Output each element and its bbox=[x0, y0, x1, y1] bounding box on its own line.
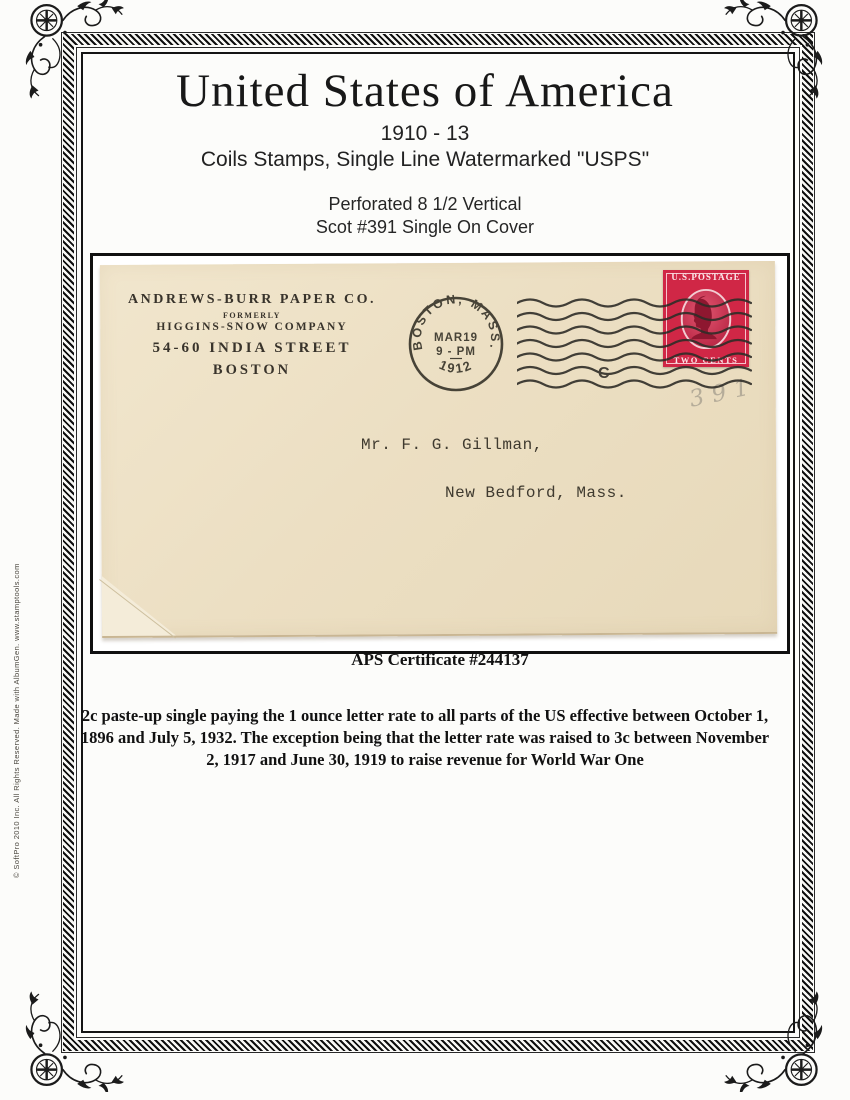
stamp-top-text: U.S.POSTAGE bbox=[663, 272, 749, 282]
description-paragraph: 2c paste-up single paying the 1 ounce le… bbox=[75, 705, 775, 770]
corner-card-previous-name: HIGGINS-SNOW COMPANY bbox=[109, 321, 395, 333]
page-title: United States of America bbox=[0, 64, 850, 118]
corner-card-formerly: FORMERLY bbox=[109, 311, 395, 320]
album-page: United States of America 1910 - 13 Coils… bbox=[0, 0, 850, 1100]
killer-letter: C bbox=[598, 365, 610, 382]
series-subtitle: Coils Stamps, Single Line Watermarked "U… bbox=[0, 148, 850, 172]
cover-image-frame: ANDREWS-BURR PAPER CO. FORMERLY HIGGINS-… bbox=[90, 253, 790, 654]
certificate-caption: APS Certificate #244137 bbox=[90, 650, 790, 670]
copyright-sidebar-text: © SoftPro 2010 Inc. All Rights Reserved.… bbox=[12, 563, 21, 878]
postmark-year: 1912 bbox=[437, 357, 475, 376]
wavy-cancel-lines-icon: C bbox=[517, 298, 752, 394]
postmark-date: MAR19 bbox=[434, 332, 478, 344]
corner-card: ANDREWS-BURR PAPER CO. FORMERLY HIGGINS-… bbox=[109, 292, 395, 379]
corner-card-street: 54-60 INDIA STREET bbox=[109, 340, 395, 357]
corner-card-company: ANDREWS-BURR PAPER CO. bbox=[109, 292, 395, 308]
svg-text:1912: 1912 bbox=[437, 357, 475, 376]
corner-flourish-icon bbox=[6, 970, 128, 1092]
address-line-2: New Bedford, Mass. bbox=[445, 484, 627, 502]
perforation-line: Perforated 8 1/2 Vertical bbox=[0, 194, 850, 215]
issue-period: 1910 - 13 bbox=[0, 122, 850, 146]
catalog-line: Scot #391 Single On Cover bbox=[0, 217, 850, 238]
postmark-time: 9 - PM bbox=[436, 346, 476, 358]
corner-card-city: BOSTON bbox=[109, 362, 395, 379]
address-line-1: Mr. F. G. Gillman, bbox=[361, 436, 543, 454]
corner-flourish-icon bbox=[720, 970, 842, 1092]
envelope-torn-corner bbox=[102, 576, 176, 636]
postmark-icon: BOSTON, MASS. MAR19 9 - PM 1912 bbox=[406, 294, 506, 394]
